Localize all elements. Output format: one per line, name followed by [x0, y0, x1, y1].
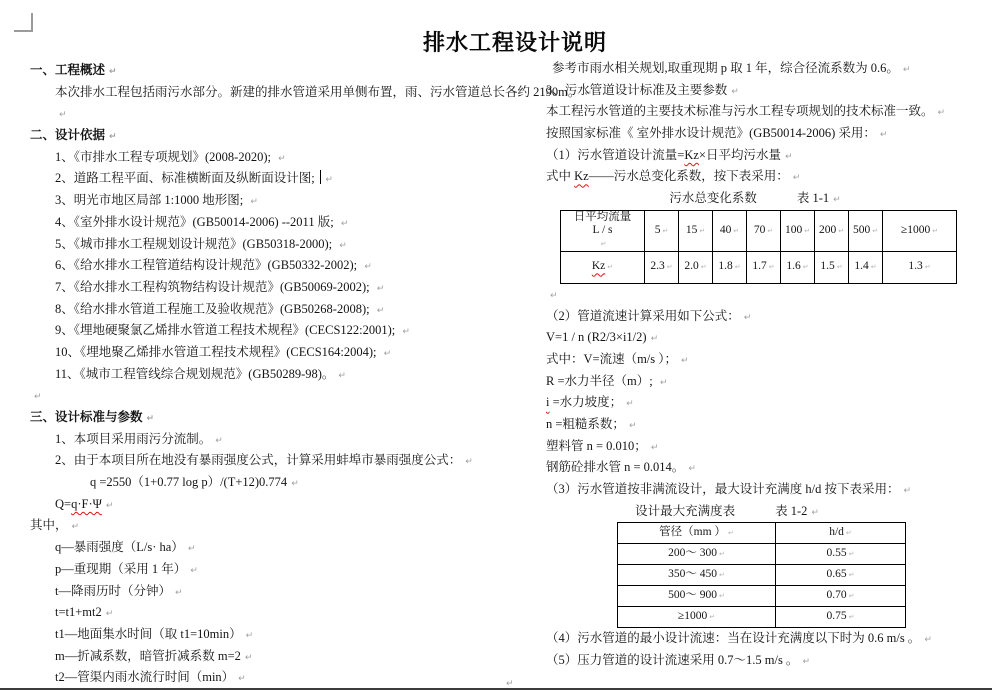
runoff-paragraph: 参考市雨水相关规划,取重现期 p 取 1 年，综合径流系数为 0.6。 [540, 58, 970, 80]
i-definition: i =水力坡度； [540, 392, 970, 414]
table2-ref: 表 1-2 [775, 504, 807, 518]
table1-ref: 表 1-1 [797, 191, 829, 205]
table1-header-cell: 日平均流量 L / s [561, 210, 645, 251]
hd-cell: 0.70 [776, 586, 906, 607]
reference-item: 10、《埋地聚乙烯排水管道工程技术规程》(CECS164:2004); [30, 342, 535, 364]
reference-item: 2、道路工程平面、标准横断面及纵断面设计图; [30, 168, 535, 190]
fullness-paragraph: （3）污水管道按非满流设计，最大设计充满度 h/d 按下表采用： [540, 479, 970, 501]
empty-line [30, 385, 535, 407]
where-label: 其中， [30, 515, 535, 537]
design-flow-prefix: （1）污水管道设计流量= [546, 148, 684, 162]
r-definition: R =水力半径（m）; [540, 371, 970, 393]
min-velocity-paragraph: （4）污水管道的最小设计流速：当在设计充满度以下时为 0.6 m/s 。 [540, 628, 970, 650]
n-plastic: 塑料管 n = 0.010； [540, 436, 970, 458]
table2-caption-text: 设计最大充满度表 [635, 504, 735, 518]
kz-def-suffix: ——污水总变化系数，按下表采用： [589, 169, 789, 183]
reference-text: 2、道路工程平面、标准横断面及纵断面设计图; [55, 171, 318, 185]
kz-value-cell: 1.7 [747, 251, 781, 283]
table-row: 350～ 450 0.65 [618, 565, 906, 586]
right-column: 参考市雨水相关规划,取重现期 p 取 1 年，综合径流系数为 0.6。 3、污水… [540, 58, 970, 690]
table2-caption: 设计最大充满度表表 1-2 [540, 501, 970, 523]
flow-value-cell: 15 [679, 210, 713, 251]
empty-line [540, 284, 970, 306]
standard-paragraph: 本工程污水管道的主要技术标准与污水工程专项规划的技术标准一致。 [540, 101, 970, 123]
hd-cell: 0.75 [776, 607, 906, 628]
reference-item: 9、《埋地硬聚氯乙烯排水管道工程技术规程》(CECS122:2001); [30, 320, 535, 342]
kz-value-cell: 2.3 [645, 251, 679, 283]
header-line1: 日平均流量 [561, 211, 644, 224]
table1-caption-text: 污水总变化系数 [669, 191, 757, 205]
standard-item: 1、本项目采用雨污分流制。 [30, 429, 535, 451]
sewage-heading: 3、污水管道设计标准及主要参数 [540, 80, 970, 102]
kz-marked: Kz [574, 169, 589, 183]
kz-definition-line: 式中 Kz——污水总变化系数，按下表采用： [540, 166, 970, 188]
flow-formula: Q=q·F·Ψ [30, 494, 535, 516]
document-title: 排水工程设计说明 [0, 26, 992, 57]
text-cursor [320, 170, 322, 184]
kz-marked: Kz [684, 148, 699, 162]
i-def-suffix: =水力坡度； [549, 395, 622, 409]
n-definition: n =粗糙系数； [540, 414, 970, 436]
diameter-cell: 500～ 900 [618, 586, 776, 607]
reference-item: 11、《城市工程管线综合规划规范》(GB50289-98)。 [30, 364, 535, 386]
parameter-line: t2—管渠内雨水流行时间（min） [30, 667, 535, 689]
word-document-page[interactable]: 排水工程设计说明 一、工程概述 本次排水工程包括雨污水部分。新建的排水管道采用单… [0, 0, 992, 690]
header-line2: L / s [561, 224, 644, 237]
section2-heading: 二、设计依据 [30, 125, 535, 147]
reference-item: 1、《市排水工程专项规划》(2008-2020); [30, 147, 535, 169]
flow-formula-marked: q·F·Ψ [71, 497, 102, 511]
design-flow-line: （1）污水管道设计流量=Kz×日平均污水量 [540, 145, 970, 167]
code-paragraph: 按照国家标准《 室外排水设计规范》(GB50014-2006) 采用： [540, 123, 970, 145]
reference-item: 7、《给水排水工程构筑物结构设计规范》(GB50069-2002); [30, 277, 535, 299]
flow-formula-prefix: Q= [55, 497, 71, 511]
diameter-cell: ≥1000 [618, 607, 776, 628]
table-row: 200～ 300 0.55 [618, 544, 906, 565]
hd-cell: 0.55 [776, 544, 906, 565]
empty-line [496, 672, 970, 690]
diameter-header-cell: 管径（mm ） [618, 523, 776, 544]
parameter-line: t=t1+mt2 [30, 602, 535, 624]
table1-caption: 污水总变化系数表 1-1 [540, 188, 970, 210]
kz-variation-table: 日平均流量 L / s 5 15 40 70 100 200 500 ≥1000… [560, 210, 957, 284]
kz-value-cell: 1.3 [883, 251, 957, 283]
n-concrete: 钢筋砼排水管 n = 0.014。 [540, 457, 970, 479]
diameter-cell: 350～ 450 [618, 565, 776, 586]
section3-heading: 三、设计标准与参数 [30, 407, 535, 429]
storm-intensity-formula: q =2550（1+0.77 log p）/(T+12)0.774 [30, 472, 535, 494]
reference-item: 5、《城市排水工程规划设计规范》(GB50318-2000); [30, 234, 535, 256]
table-row: 日平均流量 L / s 5 15 40 70 100 200 500 ≥1000 [561, 210, 957, 251]
flow-value-cell: 200 [815, 210, 849, 251]
parameter-line: q—暴雨强度（L/s· ha） [30, 537, 535, 559]
table-row: Kz 2.3 2.0 1.8 1.7 1.6 1.5 1.4 1.3 [561, 251, 957, 283]
parameter-line: t1—地面集水时间（取 t1=10min） [30, 624, 535, 646]
kz-def-prefix: 式中 [546, 169, 574, 183]
velocity-paragraph: （2）管道流速计算采用如下公式： [540, 306, 970, 328]
reference-item: 6、《给水排水工程管道结构设计规范》(GB50332-2002); [30, 255, 535, 277]
kz-label-cell: Kz [561, 251, 645, 283]
max-fullness-table: 管径（mm ） h/d 200～ 300 0.55 350～ 450 0.65 … [617, 522, 906, 628]
flow-value-cell: ≥1000 [883, 210, 957, 251]
table-row: ≥1000 0.75 [618, 607, 906, 628]
hd-header-cell: h/d [776, 523, 906, 544]
kz-value-cell: 1.4 [849, 251, 883, 283]
pressure-velocity-paragraph: （5）压力管道的设计流速采用 0.7～1.5 m/s 。 [540, 650, 970, 672]
flow-value-cell: 40 [713, 210, 747, 251]
hd-cell: 0.65 [776, 565, 906, 586]
reference-item: 3、明光市地区局部 1:1000 地形图; [30, 190, 535, 212]
parameter-line: p—重现期（采用 1 年） [30, 559, 535, 581]
velocity-formula: V=1 / n (R2/3×i1/2) [540, 327, 970, 349]
table-row: 500～ 900 0.70 [618, 586, 906, 607]
standard-item: 2、由于本项目所在地没有暴雨强度公式，计算采用蚌埠市暴雨强度公式： [30, 450, 535, 472]
reference-item: 4、《室外排水设计规范》(GB50014-2006) --2011 版; [30, 212, 535, 234]
flow-value-cell: 100 [781, 210, 815, 251]
left-column: 一、工程概述 本次排水工程包括雨污水部分。新建的排水管道采用单侧布置，雨、污水管… [30, 60, 535, 689]
kz-value-cell: 1.5 [815, 251, 849, 283]
flow-value-cell: 70 [747, 210, 781, 251]
kz-label: Kz [592, 260, 605, 272]
reference-item: 8、《给水排水管道工程施工及验收规范》(GB50268-2008); [30, 299, 535, 321]
kz-value-cell: 1.6 [781, 251, 815, 283]
parameter-line: m—折减系数，暗管折减系数 m=2 [30, 646, 535, 668]
table-row: 管径（mm ） h/d [618, 523, 906, 544]
v-definition: 式中：V=流速（m/s ）； [540, 349, 970, 371]
diameter-cell: 200～ 300 [618, 544, 776, 565]
parameter-line: t—降雨历时（分钟） [30, 581, 535, 603]
design-flow-suffix: ×日平均污水量 [699, 148, 781, 162]
section1-heading: 一、工程概述 [30, 60, 535, 82]
kz-value-cell: 1.8 [713, 251, 747, 283]
flow-value-cell: 5 [645, 210, 679, 251]
flow-value-cell: 500 [849, 210, 883, 251]
kz-value-cell: 2.0 [679, 251, 713, 283]
empty-line [30, 103, 535, 125]
section1-body: 本次排水工程包括雨污水部分。新建的排水管道采用单侧布置，雨、污水管道总长各约 2… [30, 82, 535, 104]
